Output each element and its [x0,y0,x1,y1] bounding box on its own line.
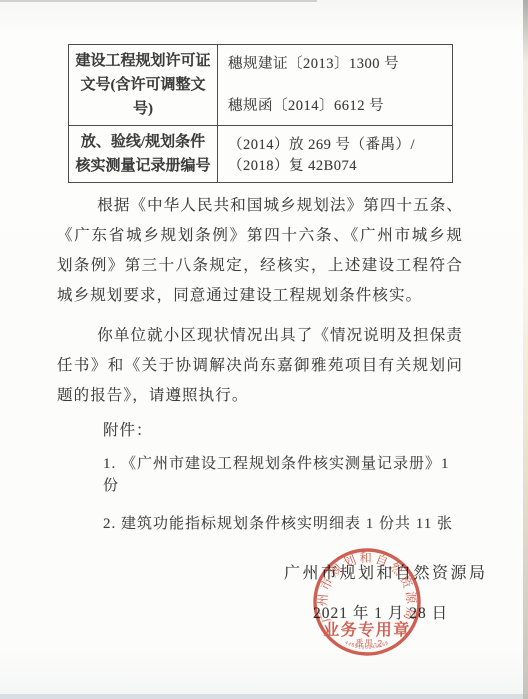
row-label-survey-record: 放、验线/规划条件核实测量记录册编号 [69,126,218,183]
attachment-item-2: 2. 建筑功能指标规划条件核实明细表 1 份共 11 张 [103,513,463,535]
official-seal: 广州市规划和自然资源局 业务专用章 -番禺-2 4405100045158 [310,545,424,659]
permit-number-line-2: 穗规函〔2014〕6612 号 [218,73,452,115]
attachment-item-1: 1. 《广州市建设工程规划条件核实测量记录册》1 份 [103,453,463,497]
seal-ring-text: 广州市规划和自然资源局 [315,551,418,625]
scan-edge-top [0,0,317,2]
document-body: 根据《中华人民共和国城乡规划法》第四十五条、《广东省城乡规划条例》第四十六条、《… [57,191,463,411]
paragraph-instruction: 你单位就小区现状情况出具了《情况说明及担保责任书》和《关于协调解决尚东嘉御雅苑项… [57,321,463,411]
table-row-permit-number: 建设工程规划许可证文号(含许可调整文号) 穗规建证〔2013〕1300 号 穗规… [69,45,453,126]
row-value-permit-number: 穗规建证〔2013〕1300 号 穗规函〔2014〕6612 号 [218,45,453,126]
survey-record-number: （2014）放 269 号（番禺）/（2018）复 42B074 [218,133,452,175]
attachments-label: 附件： [103,420,463,442]
scanned-document-page: 建设工程规划许可证文号(含许可调整文号) 穗规建证〔2013〕1300 号 穗规… [0,0,528,699]
row-label-permit-number: 建设工程规划许可证文号(含许可调整文号) [69,45,218,126]
attachments-section: 附件： 1. 《广州市建设工程规划条件核实测量记录册》1 份 2. 建筑功能指标… [57,420,463,535]
paragraph-legal-basis: 根据《中华人民共和国城乡规划法》第四十五条、《广东省城乡规划条例》第四十六条、《… [57,191,463,311]
seal-ring-text-holder: 广州市规划和自然资源局 [315,551,418,625]
table-row-survey-record: 放、验线/规划条件核实测量记录册编号 （2014）放 269 号（番禺）/（20… [69,126,453,183]
seal-title: 业务专用章 [323,620,411,639]
row-value-survey-record: （2014）放 269 号（番禺）/（2018）复 42B074 [218,126,453,183]
scan-edge-bottom [0,694,528,699]
permit-info-table: 建设工程规划许可证文号(含许可调整文号) 穗规建证〔2013〕1300 号 穗规… [68,44,453,183]
permit-number-line-1: 穗规建证〔2013〕1300 号 [218,45,452,73]
scan-edge-right [523,0,528,699]
